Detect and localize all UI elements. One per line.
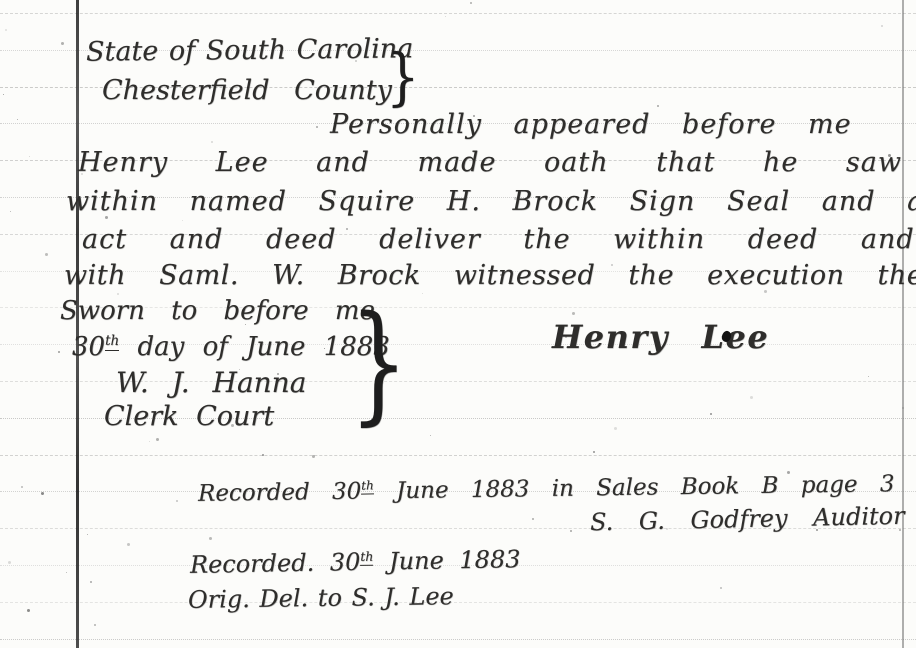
scan-speck — [21, 486, 23, 488]
scan-speck — [61, 42, 64, 45]
body-line-oath: Henry Lee and made oath that he saw the — [78, 148, 916, 178]
scan-speck — [881, 25, 883, 27]
scan-speck — [316, 126, 318, 128]
scan-speck — [66, 572, 67, 573]
scan-speck — [27, 609, 30, 612]
scan-speck — [532, 518, 534, 520]
body-line-appeared: Personally appeared before me — [330, 110, 852, 140]
scan-speck — [430, 435, 431, 436]
scan-speck — [470, 2, 472, 4]
affiant-signature: Henry Lee — [552, 320, 769, 355]
heading-county-line: Chesterfield County — [102, 76, 392, 106]
scan-speck — [211, 141, 213, 143]
scan-speck — [156, 438, 159, 441]
ruled-line — [0, 455, 916, 456]
scan-speck — [127, 543, 130, 546]
scan-speck — [45, 253, 48, 256]
scan-speck — [570, 530, 572, 532]
ruled-line — [0, 639, 916, 640]
recording-entry-1-prefix: Recorded 30 — [198, 479, 362, 507]
scan-speck — [176, 500, 178, 502]
recording-entry-2-rest: June 1883 — [373, 545, 521, 576]
scan-speck — [90, 581, 92, 583]
scan-speck — [117, 293, 119, 295]
recording-entry-2-prefix: Recorded. 30 — [190, 548, 361, 579]
jurat-sworn-line: Sworn to before me — [60, 297, 375, 326]
recording-entry-1: Recorded 30th June 1883 in Sales Book B … — [198, 472, 895, 507]
body-line-act-and-deed: act and deed deliver the within deed and… — [82, 225, 916, 255]
body-line-within-named: within named Squire H. Brock Sign Seal a… — [66, 187, 916, 217]
ruled-line — [0, 13, 916, 14]
scan-speck — [94, 624, 96, 626]
scan-speck — [262, 454, 264, 456]
scan-speck — [182, 220, 183, 221]
scan-speck — [209, 537, 212, 540]
jurat-officer-title: Clerk Court — [104, 402, 274, 432]
ruled-line — [0, 602, 916, 603]
recording-entry-2-ordinal: th — [360, 549, 373, 566]
scan-speck — [149, 441, 150, 442]
recording-entry-2: Recorded. 30th June 1883 — [190, 546, 521, 578]
scan-speck — [5, 29, 7, 31]
scan-speck — [10, 211, 11, 212]
scan-speck — [614, 427, 617, 430]
jurat-date-line: 30th day of June 1883 — [72, 333, 390, 362]
scan-speck — [593, 451, 595, 453]
scan-speck — [750, 396, 753, 399]
scan-speck — [657, 105, 659, 107]
recording-entry-1-rest: June 1883 in Sales Book B page 3 — [374, 471, 895, 504]
jurat-officer-name: W. J. Hanna — [116, 368, 306, 399]
scan-speck — [17, 119, 18, 120]
scan-speck — [572, 312, 575, 315]
scan-speck — [445, 16, 446, 17]
scan-speck — [58, 351, 60, 353]
delivery-note-line: Orig. Del. to S. J. Lee — [188, 583, 454, 613]
scan-speck — [87, 534, 88, 535]
scan-speck — [868, 376, 869, 377]
jurat-date-day: 30 — [72, 332, 105, 362]
scan-speck — [29, 156, 30, 157]
scanned-document-page: State of South Carolina Chesterfield Cou… — [0, 0, 916, 648]
scan-speck — [3, 94, 4, 95]
scan-speck — [41, 492, 44, 495]
scan-speck — [720, 587, 722, 589]
body-line-witnessed: with Saml. W. Brock witnessed the execut… — [64, 261, 916, 291]
recording-entry-1-ordinal: th — [361, 479, 374, 495]
scan-speck — [8, 561, 11, 564]
scan-speck — [312, 455, 315, 458]
heading-brace: } — [386, 46, 420, 108]
auditor-signature-line: S. G. Godfrey Auditor — [590, 503, 905, 536]
right-edge-rule — [902, 0, 904, 648]
jurat-brace: } — [349, 300, 408, 428]
jurat-date-ordinal: th — [105, 333, 119, 351]
heading-state-line: State of South Carolina — [86, 34, 414, 67]
scan-speck — [422, 293, 423, 294]
scan-speck — [710, 413, 712, 415]
